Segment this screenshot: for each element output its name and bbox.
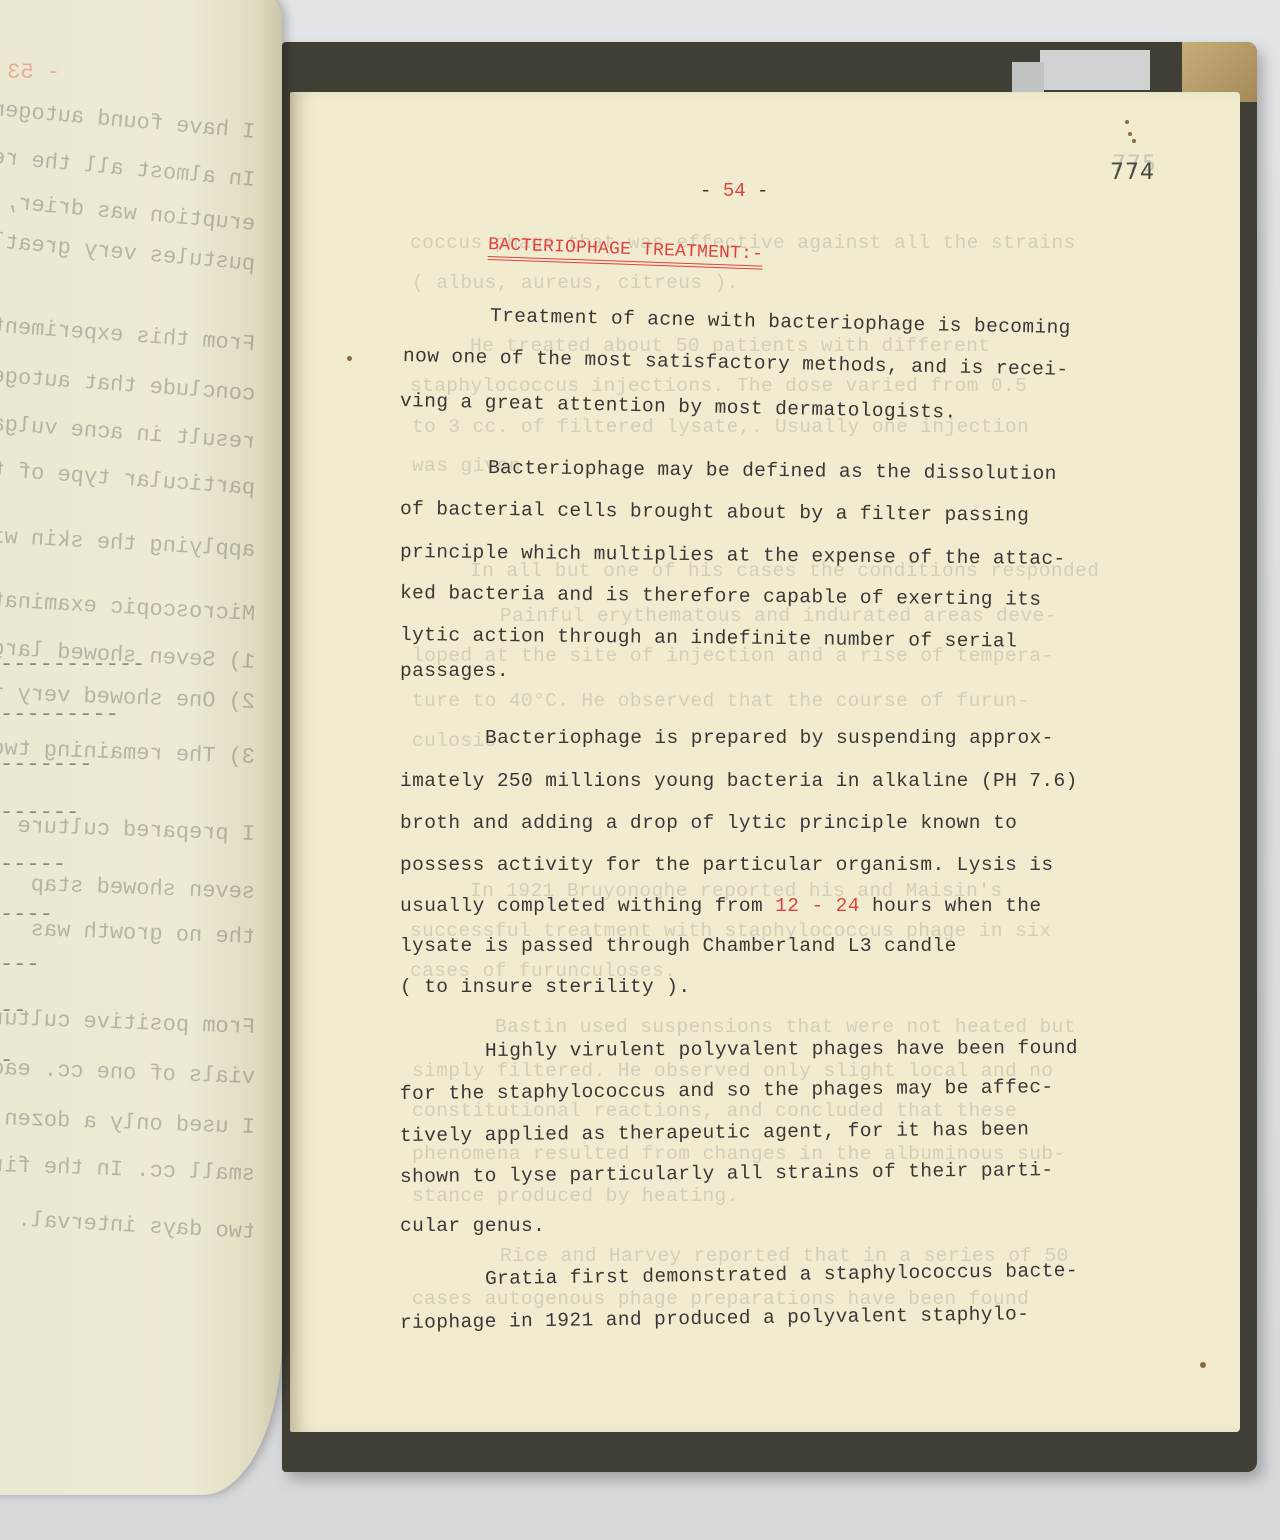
page-number: - 54 - [700,180,768,202]
stain-spot [347,356,352,361]
text-line: possess activity for the particular orga… [400,854,1054,876]
left-page-bleed-through: - 53 I have found autogeno In almost all… [0,0,282,1495]
dash-line: - [0,1048,13,1073]
text-line: passages. [400,660,509,682]
binding-hole [1128,132,1132,136]
ghost-line: I used only a dozen [4,1106,256,1140]
dash-line: --- [0,952,40,977]
ghost-line: In almost all the res [0,144,256,193]
binding-hole [1132,139,1136,143]
pencil-folio-number: 774 [1110,160,1155,185]
dash-line: ----- [0,852,66,877]
ghost-line: conclude that autogenous vac [0,356,256,407]
ghost-line: two days interval. [17,1208,256,1245]
ghost-line: eruption was drier, decr [0,184,256,237]
text-line: Highly virulent polyvalent phages have b… [485,1037,1078,1062]
text-line: usually completed withing from 12 - 24 h… [400,895,1041,917]
repair-tape [1040,50,1150,90]
text-segment: usually completed withing from [400,895,775,917]
dash-line: ------- [0,752,92,777]
ghost-line: ture to 40°C. He observed that the cours… [412,690,1029,712]
red-hours-value: 12 - 24 [775,895,860,917]
ghost-line: result in acne vulgaris and [0,405,256,455]
ghost-line: culosis [412,730,497,752]
ghost-line: stance produced by heating. [412,1185,739,1207]
text-line: lysate is passed through Chamberland L3 … [400,935,957,957]
dash-line: -- [0,998,26,1023]
ghost-line: I have found autogeno [0,96,256,145]
text-line: cular genus. [400,1215,545,1237]
ghost-line: vials of one cc. each con [0,1053,255,1090]
stain-spot [1200,1362,1206,1368]
dash-line: --------- [0,702,119,727]
ghost-line: From this experiment [0,314,256,357]
text-line: Bacteriophage is prepared by suspending … [485,727,1054,749]
ghost-line: the no growth was [30,917,255,950]
text-line: imately 250 millions young bacteria in a… [400,770,1078,792]
ghost-line: particular type of this disease [0,447,256,500]
ghost-line: small cc. In the first [0,1152,255,1187]
text-line: ( to insure sterility ). [400,976,690,998]
dash-line: ------ [0,800,79,825]
ghost-line: Bastin used suspensions that were not he… [495,1016,1076,1038]
ghost-line: From positive culture [0,1005,255,1040]
text-line: broth and adding a drop of lytic princip… [400,812,1017,834]
ghost-line: seven showed stap [30,872,255,905]
text-segment: hours when the [860,895,1042,917]
ghost-line: applying the skin with a [0,521,256,563]
left-page: - 53 I have found autogeno In almost all… [0,0,282,1495]
mirrored-page-number: - 53 [7,60,60,85]
ghost-line: ( albus, aureus, citreus ). [412,272,739,294]
ghost-line: Microscopic examinati [0,588,256,627]
dash-line: ----------- [0,652,145,677]
dash-line: ---- [0,902,53,927]
binding-hole [1125,120,1129,124]
